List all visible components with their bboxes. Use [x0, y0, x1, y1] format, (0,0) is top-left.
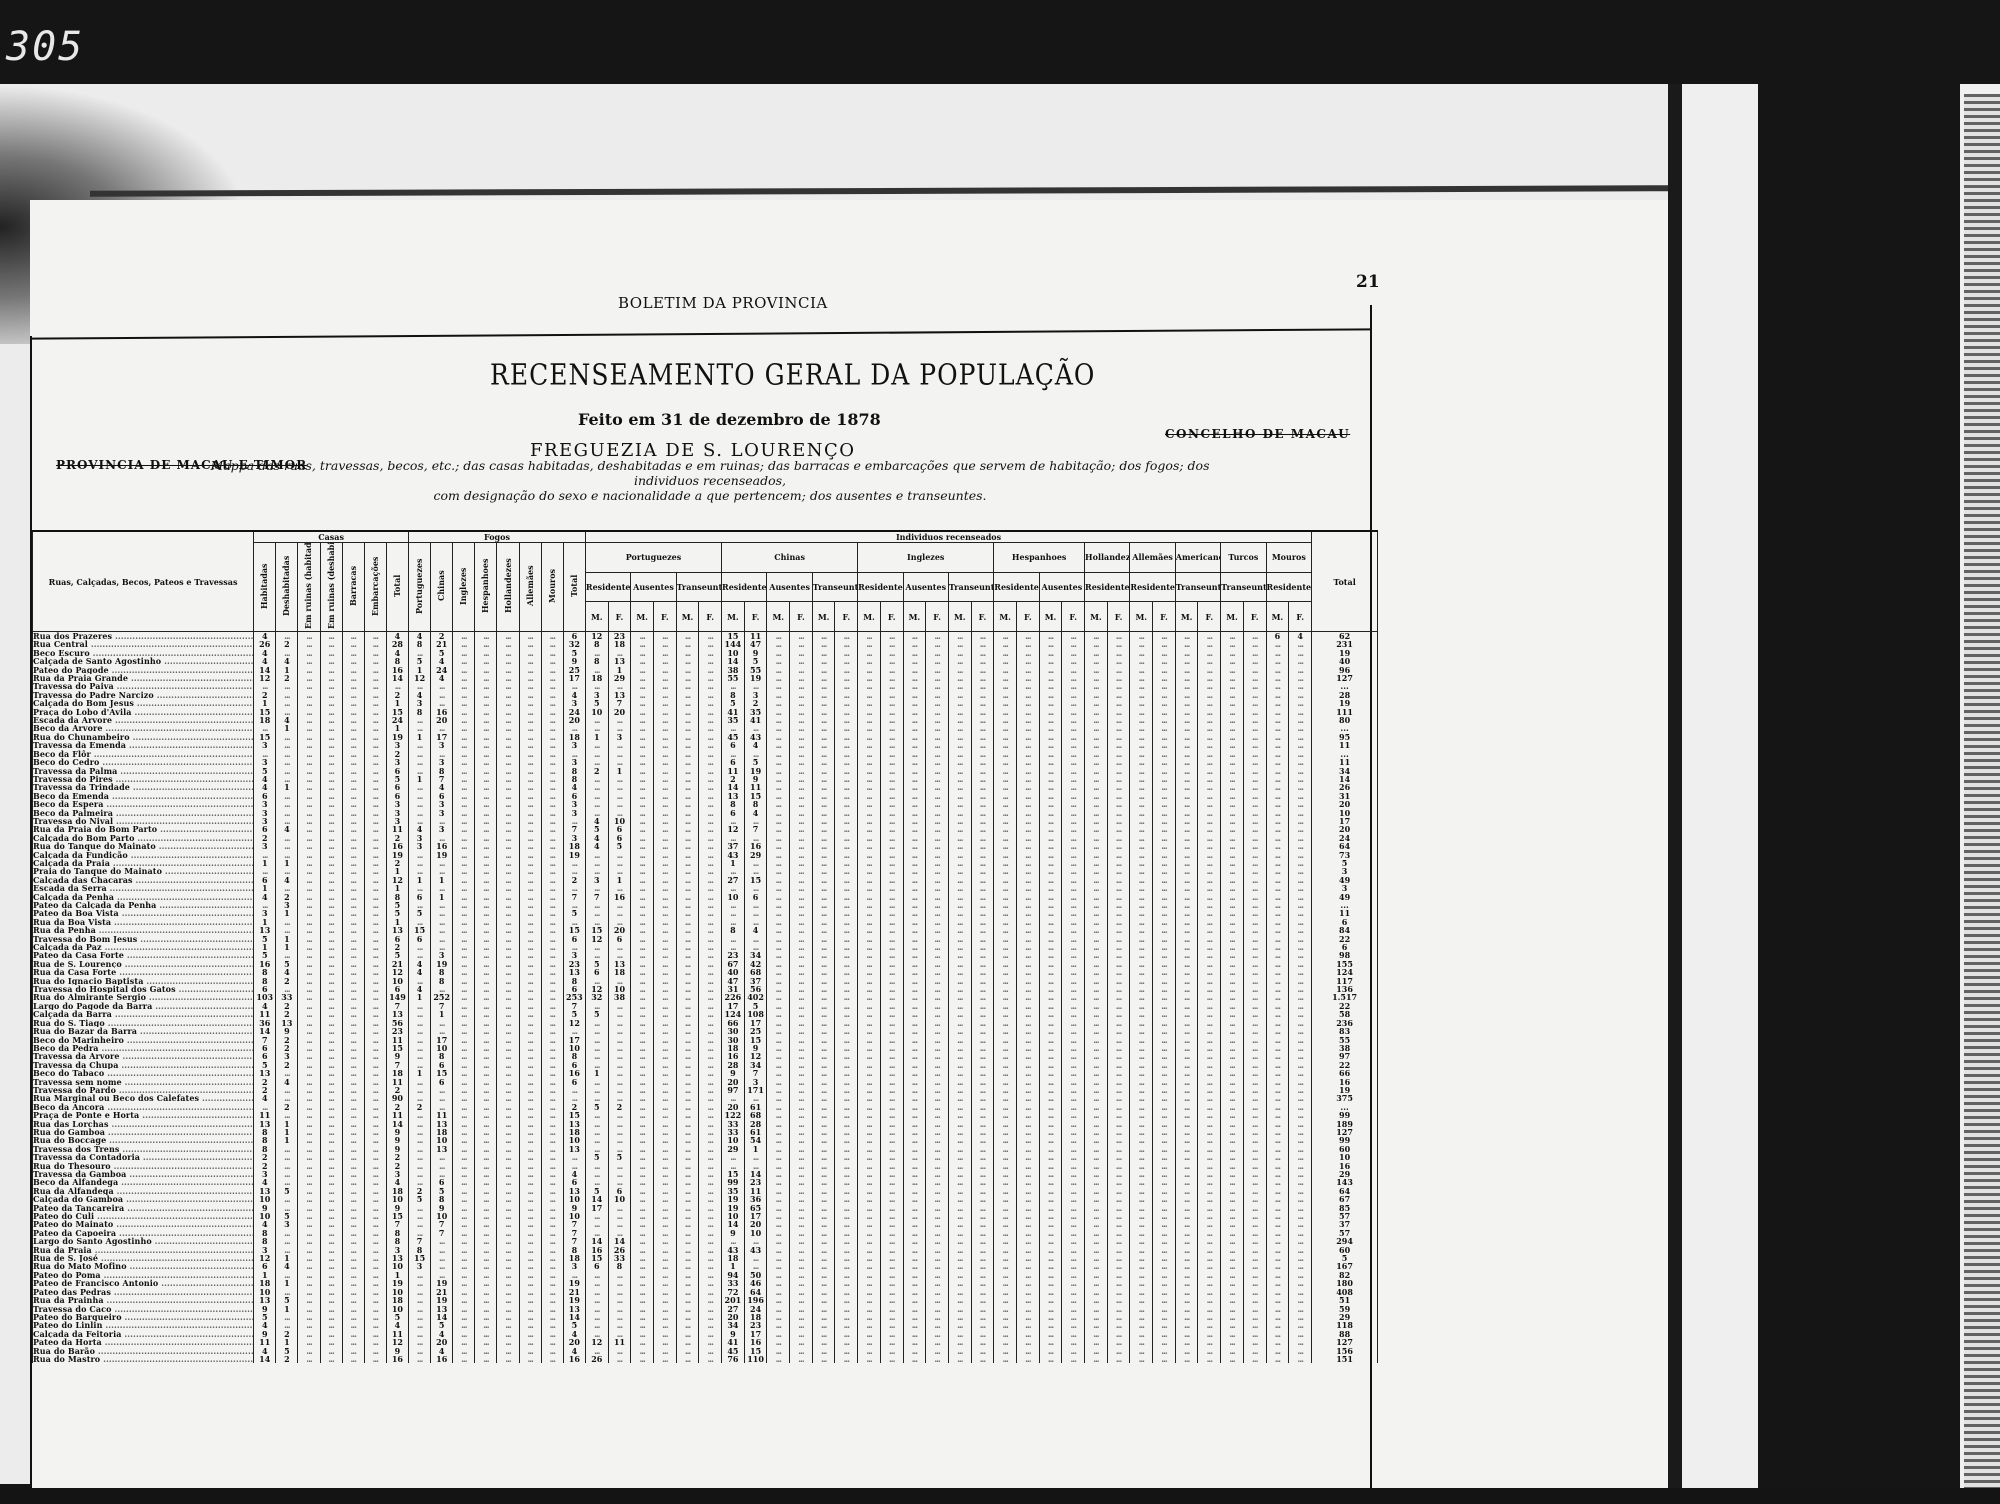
individuos-cell: ...: [880, 674, 903, 682]
individuos-cell: ...: [767, 926, 790, 934]
individuos-cell: ...: [835, 1044, 858, 1052]
individuos-cell: ...: [880, 935, 903, 943]
individuos-cell: ...: [858, 674, 881, 682]
individuos-cell: ...: [1221, 1195, 1244, 1203]
street-name: Travessa da Gamboa .....................…: [33, 1170, 254, 1178]
individuos-cell: ...: [880, 1262, 903, 1270]
individuos-cell: ...: [994, 767, 1017, 775]
table-row: Pateo da Casa Forte ....................…: [33, 951, 1378, 959]
fogos-cell: ...: [431, 867, 453, 875]
individuos-cell: ...: [1175, 1321, 1198, 1329]
individuos-cell: ...: [1153, 716, 1176, 724]
fogos-cell: ...: [475, 674, 497, 682]
individuos-cell: ...: [744, 935, 767, 943]
individuos-cell: ...: [1175, 817, 1198, 825]
page-gutter: [1668, 84, 1682, 1494]
fogos-cell: 21: [563, 1288, 585, 1296]
individuos-cell: ...: [812, 985, 835, 993]
fogos-cell: ...: [563, 901, 585, 909]
individuos-cell: ...: [1062, 993, 1085, 1001]
individuos-cell: ...: [1221, 1187, 1244, 1195]
fogos-cell: 15: [409, 926, 431, 934]
individuos-cell: ...: [1153, 1162, 1176, 1170]
fogos-cell: ...: [541, 750, 563, 758]
individuos-cell: ...: [1175, 666, 1198, 674]
individuos-cell: ...: [971, 817, 994, 825]
individuos-cell: ...: [971, 893, 994, 901]
individuos-cell: ...: [971, 1044, 994, 1052]
individuos-cell: ...: [971, 1321, 994, 1329]
individuos-cell: ...: [1085, 884, 1108, 892]
street-name-text: Praça de Ponte e Horta: [33, 1111, 139, 1119]
individuos-cell: ...: [903, 716, 926, 724]
table-row: Pateo da Horta .........................…: [33, 1338, 1378, 1346]
table-row: Travessa do Pardo ......................…: [33, 1086, 1378, 1094]
table-row: Travessa da Palma ......................…: [33, 767, 1378, 775]
row-total: 84: [1312, 926, 1378, 934]
individuos-cell: ...: [1266, 1229, 1289, 1237]
individuos-cell: ...: [1243, 783, 1266, 791]
casas-cell: 6: [386, 767, 408, 775]
individuos-cell: ...: [699, 1296, 722, 1304]
individuos-cell: ...: [1198, 926, 1221, 934]
fogos-cell: ...: [475, 809, 497, 817]
individuos-cell: ...: [948, 1120, 971, 1128]
fogos-cell: 1: [409, 666, 431, 674]
individuos-cell: ...: [858, 1212, 881, 1220]
row-total: 14: [1312, 775, 1378, 783]
table-row: Rua do Ignacio Baptista ................…: [33, 977, 1378, 985]
individuos-cell: ...: [631, 767, 654, 775]
individuos-cell: ...: [653, 767, 676, 775]
street-name: Travessa da Chupa ......................…: [33, 1061, 254, 1069]
fogos-cell: ...: [519, 1237, 541, 1245]
fogos-cell: ...: [541, 1162, 563, 1170]
fogos-cell: ...: [431, 901, 453, 909]
individuos-cell: ...: [948, 1027, 971, 1035]
table-row: Escada da Arvore .......................…: [33, 716, 1378, 724]
individuos-cell: ...: [903, 1313, 926, 1321]
fogos-cell: 13: [431, 1120, 453, 1128]
individuos-cell: ...: [608, 909, 631, 917]
individuos-cell: ...: [994, 926, 1017, 934]
casas-cell: ...: [342, 1195, 364, 1203]
individuos-cell: ...: [1016, 1355, 1039, 1363]
individuos-cell: ...: [767, 1220, 790, 1228]
individuos-cell: ...: [926, 1010, 949, 1018]
casas-cell: ...: [342, 901, 364, 909]
casas-cell: ...: [342, 1355, 364, 1363]
fogos-cell: ...: [453, 1111, 475, 1119]
casas-group-header: Casas: [254, 531, 409, 543]
fogos-cell: ...: [497, 834, 519, 842]
individuos-cell: ...: [1107, 767, 1130, 775]
casas-cell: ...: [342, 733, 364, 741]
individuos-cell: ...: [948, 758, 971, 766]
casas-cell: ...: [276, 1271, 298, 1279]
individuos-cell: ...: [1289, 876, 1312, 884]
individuos-cell: ...: [1221, 1027, 1244, 1035]
street-name-text: Calçada da Penha: [33, 893, 114, 901]
individuos-cell: ...: [1130, 943, 1153, 951]
individuos-cell: ...: [1130, 1288, 1153, 1296]
individuos-cell: ...: [994, 783, 1017, 791]
sex-m-header: M.: [585, 602, 608, 632]
individuos-cell: ...: [1243, 640, 1266, 648]
individuos-cell: ...: [1085, 1052, 1108, 1060]
individuos-cell: ...: [1085, 1288, 1108, 1296]
status-header: Ausentes: [767, 572, 812, 602]
individuos-cell: ...: [1266, 1178, 1289, 1186]
individuos-cell: ...: [1039, 632, 1062, 641]
casas-cell: 18: [386, 1069, 408, 1077]
individuos-cell: ...: [1175, 1254, 1198, 1262]
fogos-cell: ...: [453, 1313, 475, 1321]
individuos-cell: ...: [1289, 918, 1312, 926]
individuos-cell: ...: [1107, 1061, 1130, 1069]
individuos-cell: ...: [585, 666, 608, 674]
street-name: Beco da Ancora .........................…: [33, 1103, 254, 1111]
fogos-cell: ...: [475, 1347, 497, 1355]
individuos-cell: ...: [1153, 783, 1176, 791]
individuos-cell: ...: [1085, 708, 1108, 716]
individuos-cell: ...: [1175, 901, 1198, 909]
fogos-cell: 9: [563, 1204, 585, 1212]
individuos-cell: ...: [653, 758, 676, 766]
individuos-cell: ...: [1221, 1019, 1244, 1027]
individuos-cell: ...: [835, 951, 858, 959]
individuos-cell: ...: [1198, 1103, 1221, 1111]
individuos-cell: ...: [1266, 691, 1289, 699]
individuos-cell: ...: [1221, 1170, 1244, 1178]
individuos-cell: ...: [676, 867, 699, 875]
fogos-cell: ...: [453, 1010, 475, 1018]
individuos-cell: ...: [585, 649, 608, 657]
individuos-cell: ...: [653, 1010, 676, 1018]
individuos-cell: ...: [812, 1313, 835, 1321]
casas-cell: 3: [254, 1170, 276, 1178]
casas-cell: ...: [364, 825, 386, 833]
individuos-cell: ...: [1062, 842, 1085, 850]
fogos-col-header: Total: [563, 543, 585, 632]
fogos-cell: ...: [453, 1229, 475, 1237]
fogos-cell: 18: [563, 733, 585, 741]
individuos-cell: ...: [903, 741, 926, 749]
individuos-cell: ...: [653, 708, 676, 716]
individuos-cell: ...: [1107, 1330, 1130, 1338]
individuos-cell: 124: [722, 1010, 745, 1018]
individuos-cell: ...: [1153, 1010, 1176, 1018]
fogos-cell: ...: [453, 682, 475, 690]
casas-cell: 2: [386, 1086, 408, 1094]
individuos-cell: ...: [1221, 767, 1244, 775]
individuos-cell: ...: [1153, 960, 1176, 968]
individuos-cell: ...: [676, 775, 699, 783]
casas-cell: 1: [276, 1120, 298, 1128]
casas-cell: ...: [276, 1288, 298, 1296]
individuos-cell: ...: [1016, 640, 1039, 648]
fogos-cell: 5: [409, 1195, 431, 1203]
individuos-cell: ...: [699, 674, 722, 682]
casas-cell: ...: [298, 993, 320, 1001]
individuos-cell: ...: [1085, 1279, 1108, 1287]
individuos-cell: ...: [1175, 691, 1198, 699]
individuos-cell: ...: [1198, 1246, 1221, 1254]
fogos-cell: ...: [497, 699, 519, 707]
individuos-cell: ...: [1198, 750, 1221, 758]
individuos-cell: ...: [812, 926, 835, 934]
fogos-cell: ...: [519, 724, 541, 732]
casas-cell: ...: [342, 1212, 364, 1220]
casas-cell: 1: [276, 935, 298, 943]
individuos-cell: 27: [722, 1305, 745, 1313]
individuos-cell: 1: [608, 666, 631, 674]
fogos-cell: ...: [475, 1288, 497, 1296]
fogos-cell: 16: [431, 842, 453, 850]
casas-cell: ...: [364, 1036, 386, 1044]
casas-cell: ...: [298, 1044, 320, 1052]
individuos-cell: ...: [971, 649, 994, 657]
leader-dots: ........................................…: [104, 1103, 253, 1111]
leader-dots: ........................................…: [137, 1027, 254, 1035]
individuos-cell: ...: [608, 1212, 631, 1220]
individuos-cell: ...: [880, 657, 903, 665]
individuos-cell: ...: [812, 893, 835, 901]
fogos-cell: ...: [497, 691, 519, 699]
individuos-cell: ...: [1039, 1313, 1062, 1321]
individuos-cell: ...: [790, 666, 813, 674]
individuos-cell: ...: [1266, 1212, 1289, 1220]
casas-cell: ...: [364, 1347, 386, 1355]
fogos-cell: 1: [409, 733, 431, 741]
individuos-cell: ...: [1221, 1279, 1244, 1287]
fogos-cell: 6: [563, 935, 585, 943]
fogos-cell: ...: [497, 724, 519, 732]
individuos-cell: 67: [722, 960, 745, 968]
individuos-cell: ...: [790, 1212, 813, 1220]
individuos-cell: ...: [1062, 825, 1085, 833]
individuos-cell: ...: [676, 1010, 699, 1018]
fogos-cell: ...: [409, 1136, 431, 1144]
individuos-cell: ...: [699, 1262, 722, 1270]
individuos-cell: ...: [1175, 1061, 1198, 1069]
individuos-cell: 6: [608, 935, 631, 943]
fogos-cell: ...: [453, 851, 475, 859]
individuos-cell: ...: [767, 834, 790, 842]
individuos-cell: ...: [812, 909, 835, 917]
casas-cell: 2: [276, 1036, 298, 1044]
individuos-cell: ...: [790, 1069, 813, 1077]
street-name-text: Escada da Serra: [33, 884, 107, 892]
fogos-cell: ...: [497, 657, 519, 665]
fogos-cell: ...: [409, 716, 431, 724]
individuos-cell: ...: [812, 1321, 835, 1329]
individuos-cell: ...: [1153, 1204, 1176, 1212]
individuos-cell: ...: [1289, 977, 1312, 985]
fogos-cell: ...: [475, 1355, 497, 1363]
individuos-cell: ...: [631, 1120, 654, 1128]
status-header: Transeuntes: [812, 572, 857, 602]
individuos-cell: ...: [1266, 1338, 1289, 1346]
casas-cell: ...: [364, 1162, 386, 1170]
casas-cell: ...: [320, 993, 342, 1001]
individuos-cell: ...: [790, 716, 813, 724]
individuos-cell: ...: [1221, 1128, 1244, 1136]
individuos-cell: ...: [880, 1237, 903, 1245]
fogos-cell: 252: [431, 993, 453, 1001]
individuos-cell: ...: [1221, 640, 1244, 648]
fogos-cell: ...: [497, 1103, 519, 1111]
individuos-cell: ...: [676, 649, 699, 657]
individuos-cell: ...: [835, 884, 858, 892]
casas-cell: ...: [342, 1204, 364, 1212]
individuos-cell: ...: [948, 632, 971, 641]
individuos-cell: 5: [585, 1103, 608, 1111]
individuos-cell: ...: [880, 1195, 903, 1203]
individuos-cell: ...: [1266, 1069, 1289, 1077]
individuos-cell: ...: [971, 657, 994, 665]
casas-cell: ...: [320, 1262, 342, 1270]
individuos-cell: ...: [1130, 1111, 1153, 1119]
individuos-cell: ...: [1039, 1136, 1062, 1144]
casas-cell: ...: [320, 985, 342, 993]
casas-cell: 13: [254, 926, 276, 934]
casas-cell: 9: [386, 1204, 408, 1212]
individuos-cell: ...: [767, 775, 790, 783]
status-header: Residentes: [994, 572, 1039, 602]
individuos-cell: ...: [767, 951, 790, 959]
individuos-cell: ...: [1221, 1288, 1244, 1296]
casas-cell: ...: [364, 1279, 386, 1287]
individuos-cell: ...: [790, 1187, 813, 1195]
individuos-cell: 43: [744, 733, 767, 741]
street-name-text: Rua do Boccage: [33, 1136, 106, 1144]
individuos-cell: ...: [1085, 682, 1108, 690]
individuos-cell: ...: [858, 867, 881, 875]
individuos-cell: ...: [631, 926, 654, 934]
individuos-cell: ...: [835, 1254, 858, 1262]
row-total: 80: [1312, 716, 1378, 724]
individuos-cell: ...: [1221, 1153, 1244, 1161]
individuos-cell: ...: [994, 1036, 1017, 1044]
individuos-cell: ...: [722, 884, 745, 892]
individuos-cell: ...: [1130, 1052, 1153, 1060]
individuos-cell: ...: [926, 1145, 949, 1153]
individuos-cell: ...: [1062, 1153, 1085, 1161]
individuos-cell: ...: [699, 867, 722, 875]
fogos-cell: 7: [431, 775, 453, 783]
casas-cell: 5: [276, 1212, 298, 1220]
street-name: Rua Marginal ou Beco dos Calefates .....…: [33, 1094, 254, 1102]
individuos-cell: ...: [767, 1305, 790, 1313]
individuos-cell: ...: [1266, 926, 1289, 934]
individuos-cell: ...: [699, 1128, 722, 1136]
street-name-text: Travessa dos Trens: [33, 1145, 120, 1153]
fogos-cell: ...: [453, 640, 475, 648]
individuos-cell: ...: [835, 657, 858, 665]
individuos-cell: ...: [971, 1212, 994, 1220]
fogos-cell: ...: [475, 1019, 497, 1027]
table-row: Beco da Ancora .........................…: [33, 1103, 1378, 1111]
individuos-cell: ...: [926, 783, 949, 791]
individuos-cell: ...: [994, 724, 1017, 732]
fogos-cell: ...: [519, 775, 541, 783]
individuos-cell: ...: [676, 809, 699, 817]
individuos-cell: 11: [722, 767, 745, 775]
individuos-cell: ...: [858, 1254, 881, 1262]
individuos-cell: ...: [903, 1246, 926, 1254]
individuos-cell: ...: [1198, 1120, 1221, 1128]
individuos-cell: ...: [926, 1153, 949, 1161]
fogos-cell: 8: [431, 1052, 453, 1060]
table-row: Rua do S. Tiago ........................…: [33, 1019, 1378, 1027]
fogos-cell: ...: [519, 741, 541, 749]
individuos-cell: 9: [722, 1229, 745, 1237]
row-total: 10: [1312, 1153, 1378, 1161]
street-name: Beco da Pedra ..........................…: [33, 1044, 254, 1052]
individuos-cell: ...: [1130, 1262, 1153, 1270]
individuos-cell: 402: [744, 993, 767, 1001]
individuos-cell: ...: [926, 1271, 949, 1279]
individuos-cell: ...: [676, 1052, 699, 1060]
individuos-cell: ...: [948, 926, 971, 934]
casas-cell: ...: [298, 1288, 320, 1296]
leader-dots: ........................................…: [116, 1229, 254, 1237]
individuos-cell: ...: [1175, 1086, 1198, 1094]
individuos-cell: ...: [880, 825, 903, 833]
individuos-cell: ...: [1039, 876, 1062, 884]
individuos-cell: ...: [858, 708, 881, 716]
individuos-cell: ...: [1016, 918, 1039, 926]
individuos-cell: ...: [812, 682, 835, 690]
individuos-cell: ...: [1243, 901, 1266, 909]
individuos-cell: ...: [1130, 1002, 1153, 1010]
individuos-cell: ...: [903, 993, 926, 1001]
individuos-cell: ...: [631, 775, 654, 783]
individuos-cell: ...: [699, 1145, 722, 1153]
fogos-cell: 10: [431, 1136, 453, 1144]
individuos-cell: ...: [790, 1288, 813, 1296]
fogos-cell: ...: [497, 909, 519, 917]
individuos-cell: 110: [744, 1355, 767, 1363]
individuos-cell: ...: [948, 1136, 971, 1144]
individuos-cell: ...: [880, 1246, 903, 1254]
individuos-cell: ...: [948, 1338, 971, 1346]
casas-cell: 13: [254, 1120, 276, 1128]
individuos-cell: ...: [903, 1195, 926, 1203]
casas-cell: 1: [254, 859, 276, 867]
casas-cell: 18: [254, 716, 276, 724]
individuos-cell: ...: [631, 1254, 654, 1262]
casas-cell: ...: [364, 935, 386, 943]
individuos-cell: ...: [1175, 985, 1198, 993]
individuos-cell: ...: [1085, 640, 1108, 648]
individuos-cell: ...: [948, 708, 971, 716]
fogos-cell: ...: [409, 1145, 431, 1153]
individuos-group-header: Individuos recenseados: [585, 531, 1311, 543]
casas-cell: ...: [276, 884, 298, 892]
individuos-cell: ...: [1062, 1254, 1085, 1262]
individuos-cell: ...: [767, 1178, 790, 1186]
casas-cell: ...: [342, 859, 364, 867]
individuos-cell: ...: [1175, 1288, 1198, 1296]
individuos-cell: ...: [676, 1120, 699, 1128]
casas-cell: ...: [320, 926, 342, 934]
casas-cell: ...: [342, 1305, 364, 1313]
casas-cell: 4: [276, 716, 298, 724]
individuos-cell: ...: [1198, 993, 1221, 1001]
individuos-cell: ...: [790, 1128, 813, 1136]
